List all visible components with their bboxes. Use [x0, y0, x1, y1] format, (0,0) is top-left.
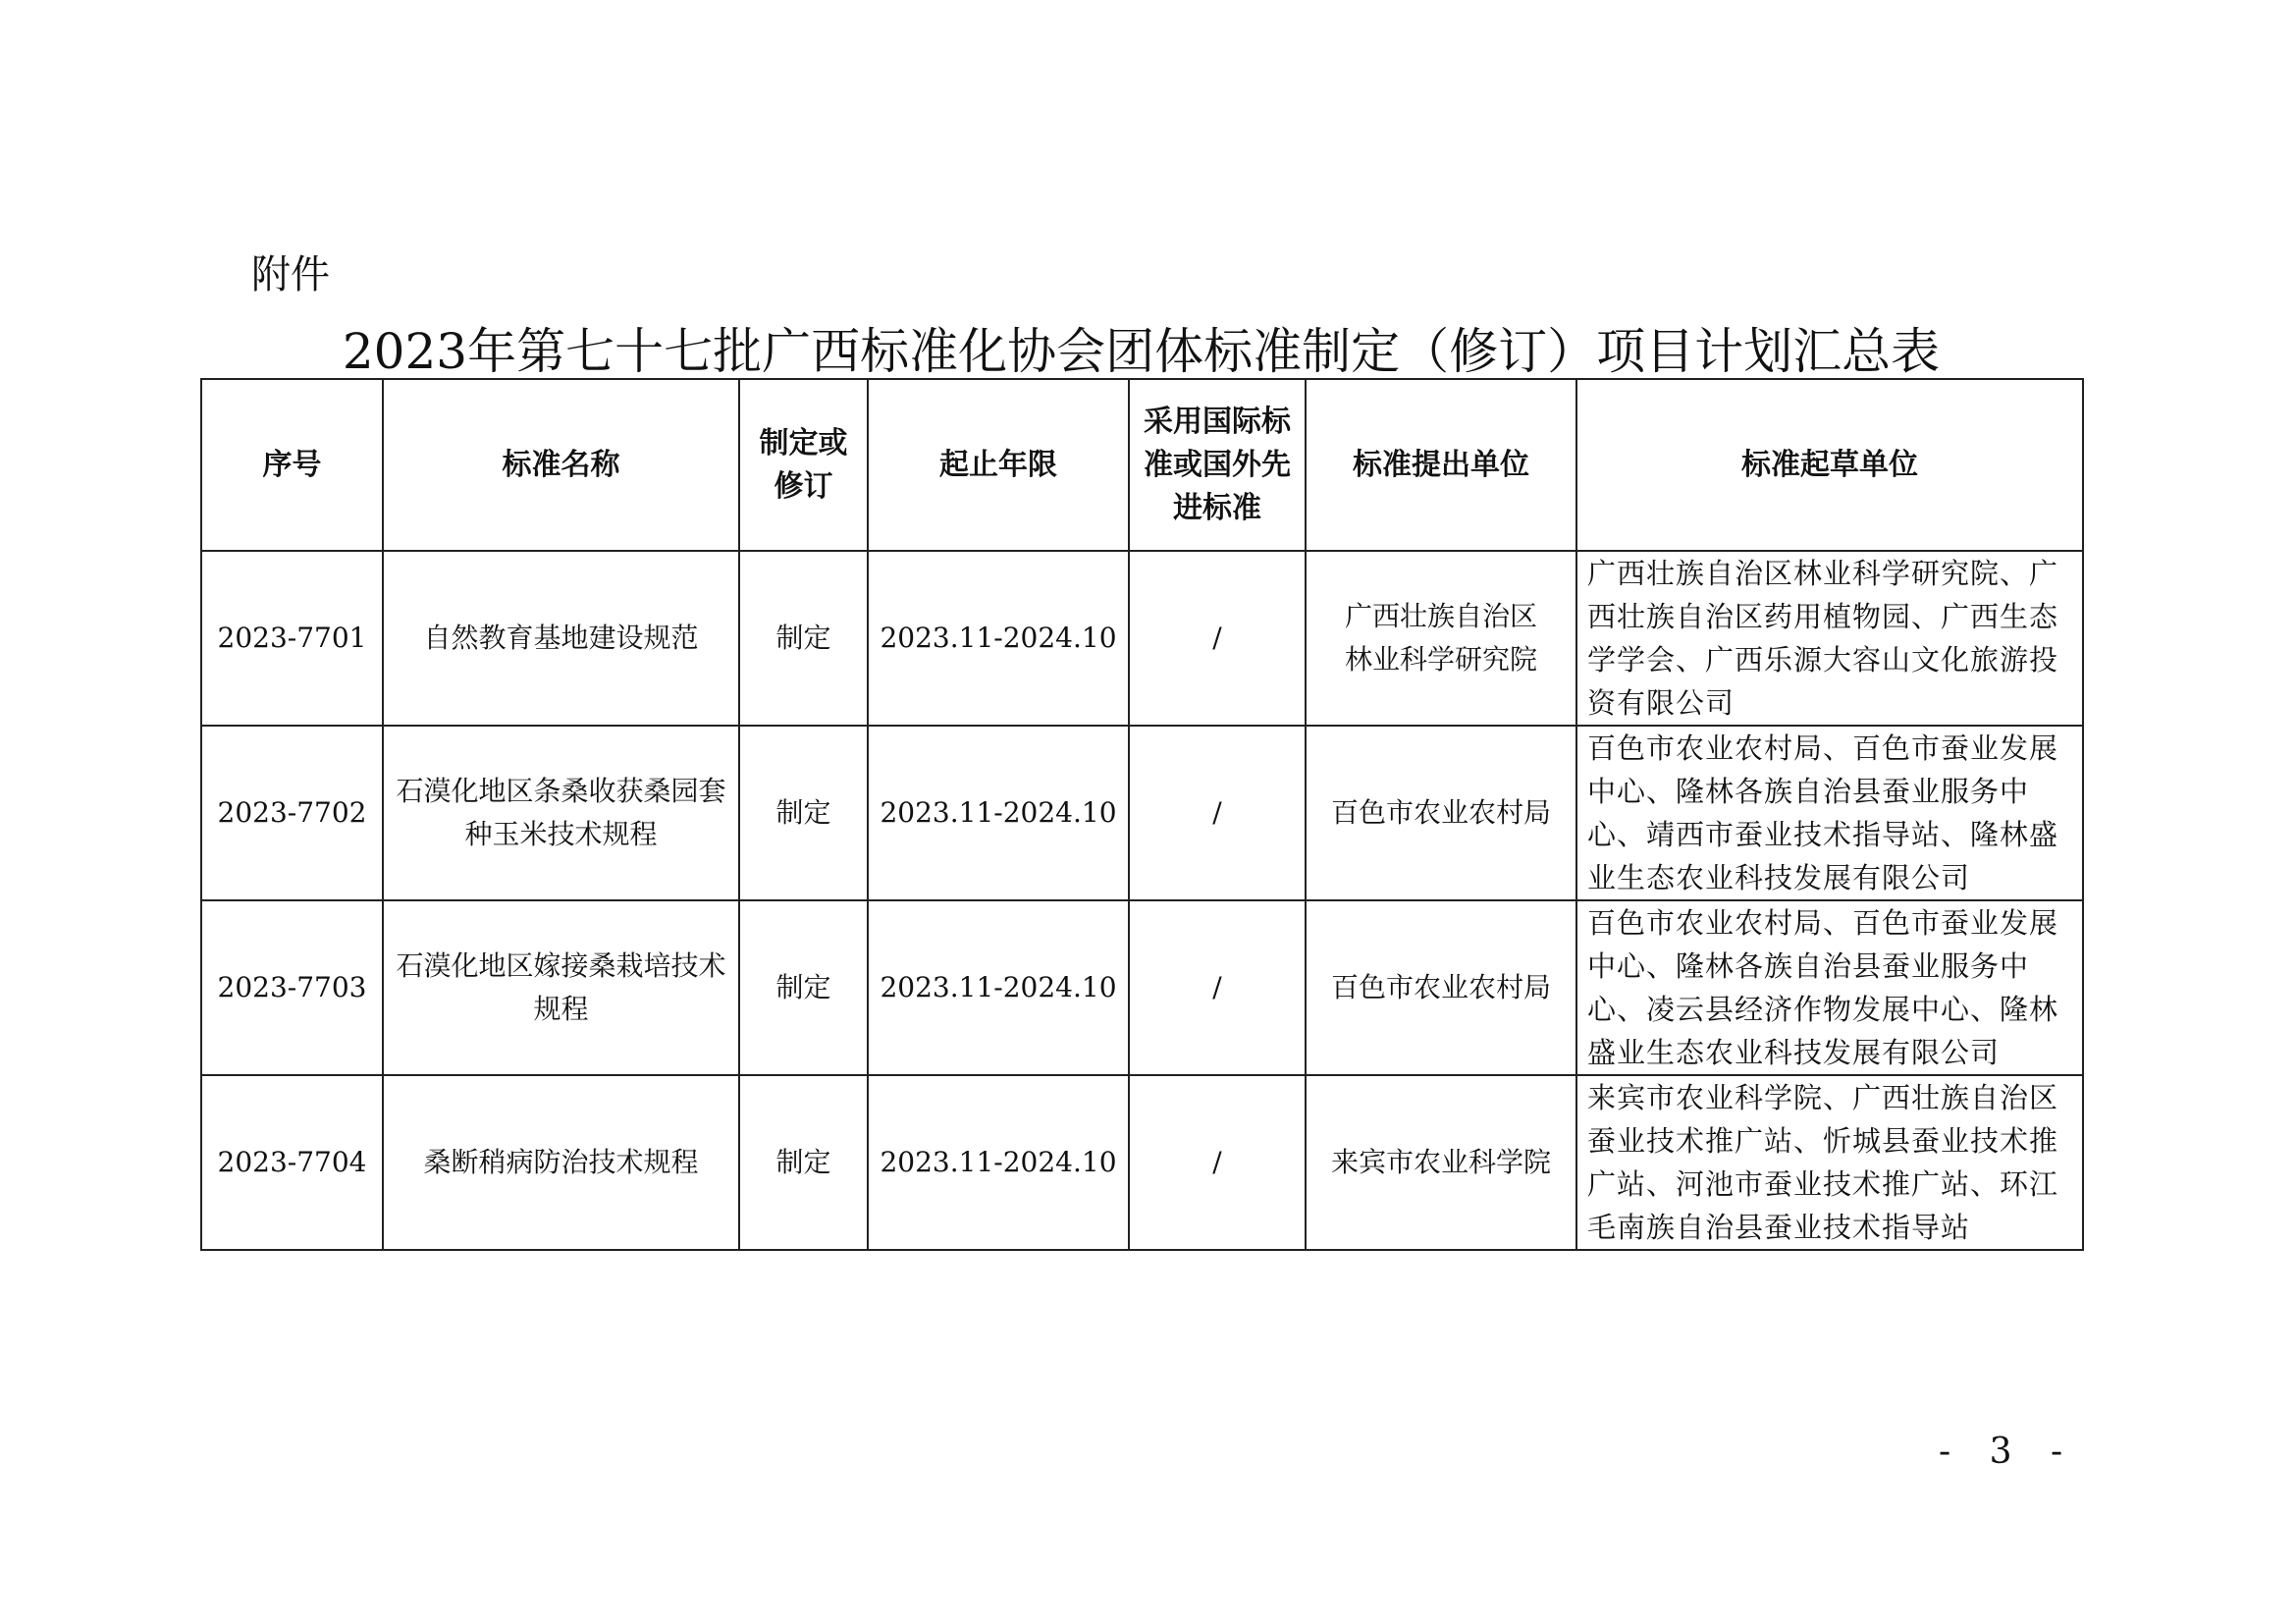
- table-row: 2023-7701 自然教育基地建设规范 制定 2023.11-2024.10 …: [201, 551, 2083, 726]
- cell-period: 2023.11-2024.10: [868, 726, 1129, 900]
- header-intl: 采用国际标准或国外先进标准: [1129, 379, 1306, 551]
- document-title: 2023年第七十七批广西标准化协会团体标准制定（修订）项目计划汇总表: [200, 312, 2082, 383]
- cell-seq: 2023-7701: [201, 551, 383, 726]
- table-row: 2023-7704 桑断稍病防治技术规程 制定 2023.11-2024.10 …: [201, 1075, 2083, 1250]
- header-period: 起止年限: [868, 379, 1129, 551]
- cell-name: 石漠化地区嫁接桑栽培技术规程: [383, 900, 739, 1075]
- cell-proposer: 广西壮族自治区林业科学研究院: [1306, 551, 1576, 726]
- attachment-label: 附件: [251, 244, 330, 299]
- cell-period: 2023.11-2024.10: [868, 1075, 1129, 1250]
- project-plan-table: 序号 标准名称 制定或修订 起止年限 采用国际标准或国外先进标准 标准提出单位 …: [200, 378, 2084, 1251]
- cell-period: 2023.11-2024.10: [868, 551, 1129, 726]
- cell-proposer: 来宾市农业科学院: [1306, 1075, 1576, 1250]
- header-name: 标准名称: [383, 379, 739, 551]
- header-type: 制定或修订: [739, 379, 868, 551]
- cell-period: 2023.11-2024.10: [868, 900, 1129, 1075]
- cell-type: 制定: [739, 726, 868, 900]
- cell-intl: /: [1129, 900, 1306, 1075]
- cell-drafter: 百色市农业农村局、百色市蚕业发展中心、隆林各族自治县蚕业服务中心、凌云县经济作物…: [1576, 900, 2083, 1075]
- header-proposer: 标准提出单位: [1306, 379, 1576, 551]
- cell-intl: /: [1129, 551, 1306, 726]
- table-row: 2023-7702 石漠化地区条桑收获桑园套种玉米技术规程 制定 2023.11…: [201, 726, 2083, 900]
- cell-type: 制定: [739, 900, 868, 1075]
- cell-seq: 2023-7703: [201, 900, 383, 1075]
- cell-name: 桑断稍病防治技术规程: [383, 1075, 739, 1250]
- header-drafter: 标准起草单位: [1576, 379, 2083, 551]
- cell-name: 石漠化地区条桑收获桑园套种玉米技术规程: [383, 726, 739, 900]
- cell-type: 制定: [739, 1075, 868, 1250]
- cell-seq: 2023-7704: [201, 1075, 383, 1250]
- cell-drafter: 广西壮族自治区林业科学研究院、广西壮族自治区药用植物园、广西生态学学会、广西乐源…: [1576, 551, 2083, 726]
- cell-intl: /: [1129, 726, 1306, 900]
- table-header-row: 序号 标准名称 制定或修订 起止年限 采用国际标准或国外先进标准 标准提出单位 …: [201, 379, 2083, 551]
- cell-type: 制定: [739, 551, 868, 726]
- cell-name: 自然教育基地建设规范: [383, 551, 739, 726]
- cell-drafter: 来宾市农业科学院、广西壮族自治区蚕业技术推广站、忻城县蚕业技术推广站、河池市蚕业…: [1576, 1075, 2083, 1250]
- page-number: - 3 -: [1939, 1432, 2076, 1472]
- table-row: 2023-7703 石漠化地区嫁接桑栽培技术规程 制定 2023.11-2024…: [201, 900, 2083, 1075]
- cell-seq: 2023-7702: [201, 726, 383, 900]
- cell-proposer: 百色市农业农村局: [1306, 900, 1576, 1075]
- cell-proposer: 百色市农业农村局: [1306, 726, 1576, 900]
- header-seq: 序号: [201, 379, 383, 551]
- cell-intl: /: [1129, 1075, 1306, 1250]
- cell-drafter: 百色市农业农村局、百色市蚕业发展中心、隆林各族自治县蚕业服务中心、靖西市蚕业技术…: [1576, 726, 2083, 900]
